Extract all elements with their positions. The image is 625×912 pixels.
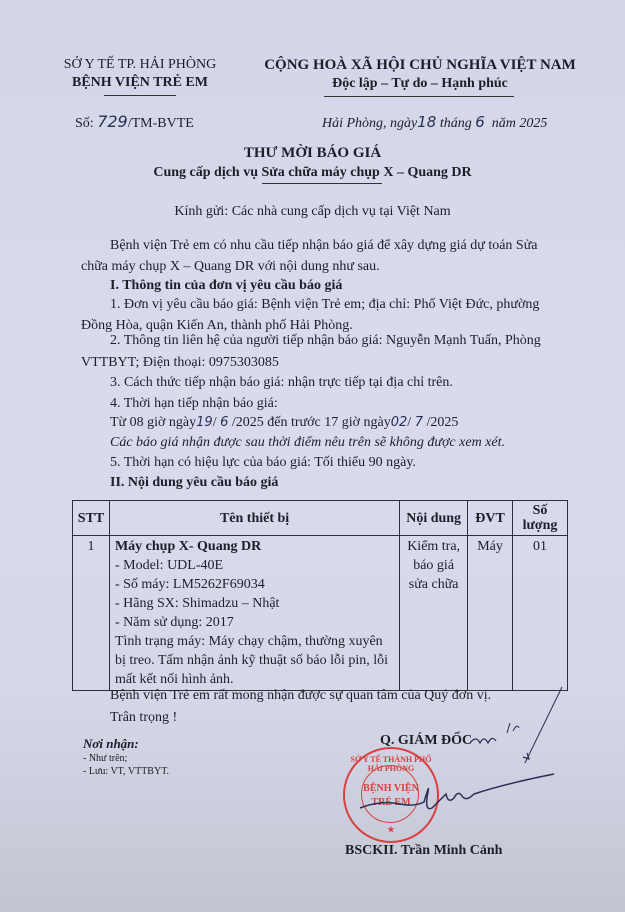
- subtitle-underline: [262, 183, 382, 184]
- header-unit: ĐVT: [468, 501, 513, 536]
- recipient-item: - Như trên;: [83, 753, 127, 764]
- cell-stt: 1: [73, 536, 110, 691]
- device-name: Máy chụp X- Quang DR: [115, 537, 394, 556]
- document-title: THƯ MỜI BÁO GIÁ: [0, 145, 625, 162]
- deadline-from-month: 6: [220, 415, 228, 430]
- section-1-heading: I. Thông tin của đơn vị yêu cầu báo giá: [110, 278, 342, 294]
- signature-icon: [350, 770, 570, 830]
- section-1-item-4: 4. Thời hạn tiếp nhận báo giá:: [110, 396, 278, 412]
- motto: Độc lập – Tự do – Hạnh phúc: [250, 76, 590, 92]
- handwritten-number: 729: [97, 112, 128, 131]
- document-subtitle: Cung cấp dịch vụ Sửa chữa máy chụp X – Q…: [0, 165, 625, 181]
- motto-underline: [324, 96, 514, 97]
- hospital-underline: [104, 95, 176, 96]
- cell-content: Kiểm tra, báo giá sửa chữa: [400, 536, 468, 691]
- quote-request-table: STT Tên thiết bị Nội dung ĐVT Số lượng 1…: [72, 500, 568, 691]
- document-number: Số: 729/TM-BVTE: [75, 112, 194, 132]
- closing-line-2: Trân trọng !: [110, 710, 177, 726]
- date-day: 18: [417, 113, 436, 131]
- deadline-note: Các báo giá nhận được sau thời điểm nêu …: [110, 435, 505, 451]
- deadline-line: Từ 08 giờ ngày19/ 6 /2025 đến trước 17 g…: [110, 415, 458, 431]
- intro-line-2: chữa máy chụp X – Quang DR với nội dung …: [81, 259, 380, 275]
- device-model: - Model: UDL-40E: [115, 556, 394, 575]
- deadline-from-day: 19: [196, 415, 213, 430]
- section-1-item-3: 3. Cách thức tiếp nhận báo giá: nhận trự…: [110, 375, 453, 391]
- section-1-item-5: 5. Thời hạn có hiệu lực của báo giá: Tối…: [110, 455, 416, 471]
- cell-unit: Máy: [468, 536, 513, 691]
- date-month: 6: [475, 113, 485, 131]
- device-year: - Năm sử dụng: 2017: [115, 613, 394, 632]
- recipient-item: - Lưu: VT, VTTBYT.: [83, 766, 169, 777]
- approval-initials-icon: [465, 685, 565, 765]
- cell-device: Máy chụp X- Quang DR - Model: UDL-40E - …: [109, 536, 399, 691]
- device-status-line-3: mất kết nối hình ảnh.: [115, 670, 394, 689]
- signer-name: BSCKII. Trần Minh Cảnh: [345, 843, 502, 859]
- deadline-to-day: 02: [391, 415, 408, 430]
- section-1-item-1-line-1: 1. Đơn vị yêu cầu báo giá: Bệnh viện Trẻ…: [110, 297, 539, 313]
- device-status-line-2: bị treo. Tấm nhận ảnh kỹ thuật số báo lỗ…: [115, 651, 394, 670]
- header-quantity: Số lượng: [513, 501, 568, 536]
- closing-line-1: Bệnh viện Trẻ em rất mong nhận được sự q…: [110, 688, 491, 704]
- intro-line-1: Bệnh viện Trẻ em có nhu cầu tiếp nhận bá…: [110, 238, 538, 254]
- header-device-name: Tên thiết bị: [109, 501, 399, 536]
- section-2-heading: II. Nội dung yêu cầu báo giá: [110, 475, 278, 491]
- device-manufacturer: - Hãng SX: Shimadzu – Nhật: [115, 594, 394, 613]
- country-name: CỘNG HOÀ XÃ HỘI CHỦ NGHĨA VIỆT NAM: [250, 57, 590, 74]
- section-1-item-2-line-2: VTTBYT; Điện thoại: 0975303085: [81, 355, 279, 371]
- section-1-item-2-line-1: 2. Thông tin liên hệ của người tiếp nhận…: [110, 333, 541, 349]
- agency-name: SỞ Y TẾ TP. HẢI PHÒNG: [40, 57, 240, 73]
- header-content: Nội dung: [400, 501, 468, 536]
- greeting: Kính gửi: Các nhà cung cấp dịch vụ tại V…: [0, 204, 625, 220]
- hospital-name: BỆNH VIỆN TRẺ EM: [40, 75, 240, 91]
- table-row: 1 Máy chụp X- Quang DR - Model: UDL-40E …: [73, 536, 568, 691]
- header-stt: STT: [73, 501, 110, 536]
- deadline-to-month: 7: [415, 415, 423, 430]
- table-header-row: STT Tên thiết bị Nội dung ĐVT Số lượng: [73, 501, 568, 536]
- document-date: Hải Phòng, ngày18 tháng 6 năm 2025: [322, 113, 547, 132]
- device-serial: - Số máy: LM5262F69034: [115, 575, 394, 594]
- section-1-item-1-line-2: Đồng Hòa, quận Kiến An, thành phố Hải Ph…: [81, 318, 353, 334]
- device-status-line-1: Tình trạng máy: Máy chạy chậm, thường xu…: [115, 632, 394, 651]
- recipients-label: Nơi nhận:: [83, 736, 139, 752]
- cell-quantity: 01: [513, 536, 568, 691]
